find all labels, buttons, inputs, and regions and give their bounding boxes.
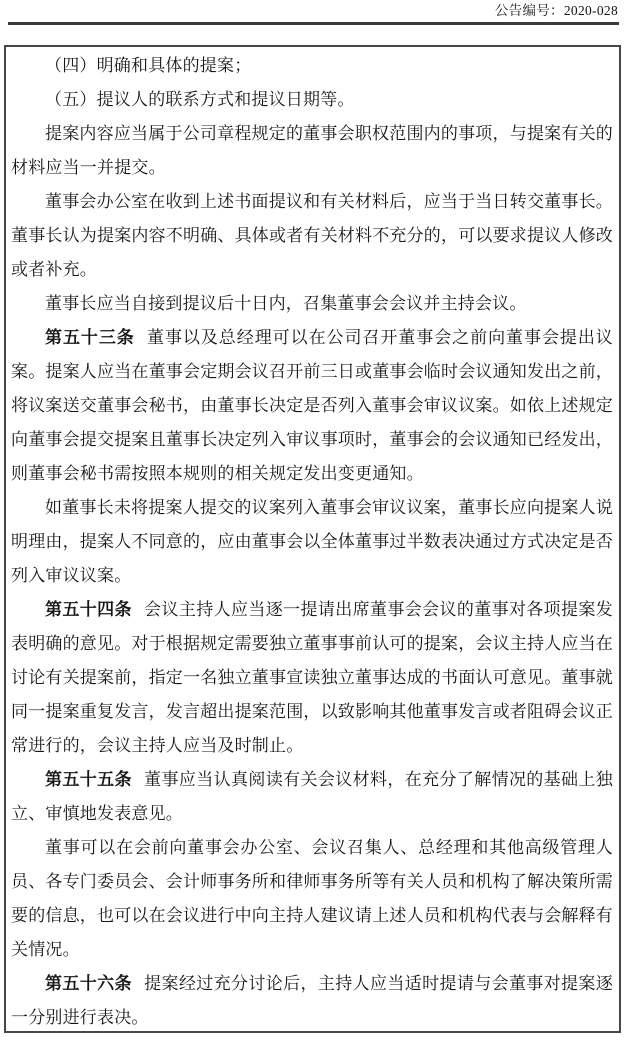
announcement-number: 公告编号：2020-028 <box>495 3 618 18</box>
paragraph: 董事可以在会前向董事会办公室、会议召集人、总经理和其他高级管理人员、各专门委员会… <box>11 831 613 967</box>
paragraph-text: 董事长应当自接到提议后十日内，召集董事会会议并主持会议。 <box>45 294 527 313</box>
paragraph-text: 董事以及总经理可以在公司召开董事会之前向董事会提出议案。提案人应当在董事会定期会… <box>11 328 613 483</box>
paragraph-text: 如董事长未将提案人提交的议案列入董事会审议议案，董事长应向提案人说明理由，提案人… <box>11 498 613 585</box>
paragraph: 第五十四条会议主持人应当逐一提请出席董事会会议的董事对各项提案发表明确的意见。对… <box>11 593 613 763</box>
paragraph: 董事长应当自接到提议后十日内，召集董事会会议并主持会议。 <box>11 287 613 321</box>
paragraph-text: 董事会办公室在收到上述书面提议和有关材料后，应当于当日转交董事长。董事长认为提案… <box>11 192 613 279</box>
paragraph: （五）提议人的联系方式和提议日期等。 <box>11 83 613 117</box>
article-number: 第五十四条 <box>45 600 132 619</box>
paragraph: （四）明确和具体的提案； <box>11 49 613 83</box>
document-body-frame: （四）明确和具体的提案； （五）提议人的联系方式和提议日期等。 提案内容应当属于… <box>4 45 621 1033</box>
paragraph-text: （五）提议人的联系方式和提议日期等。 <box>45 90 355 109</box>
article-number: 第五十六条 <box>45 974 132 993</box>
paragraph-text: （四）明确和具体的提案； <box>45 56 251 75</box>
page-header: 公告编号：2020-028 <box>0 0 626 19</box>
paragraph: 提案内容应当属于公司章程规定的董事会职权范围内的事项，与提案有关的材料应当一并提… <box>11 117 613 185</box>
paragraph-text: 会议主持人应当逐一提请出席董事会会议的董事对各项提案发表明确的意见。对于根据规定… <box>11 600 613 755</box>
document-page: 公告编号：2020-028 （四）明确和具体的提案； （五）提议人的联系方式和提… <box>0 0 626 1033</box>
paragraph-text: 提案内容应当属于公司章程规定的董事会职权范围内的事项，与提案有关的材料应当一并提… <box>11 124 613 177</box>
paragraph: 第五十三条董事以及总经理可以在公司召开董事会之前向董事会提出议案。提案人应当在董… <box>11 321 613 491</box>
paragraph-text: 董事可以在会前向董事会办公室、会议召集人、总经理和其他高级管理人员、各专门委员会… <box>11 838 613 959</box>
article-number: 第五十五条 <box>45 770 132 789</box>
paragraph: 董事会办公室在收到上述书面提议和有关材料后，应当于当日转交董事长。董事长认为提案… <box>11 185 613 287</box>
header-divider <box>8 22 619 25</box>
paragraph: 第五十五条董事应当认真阅读有关会议材料，在充分了解情况的基础上独立、审慎地发表意… <box>11 763 613 831</box>
article-number: 第五十三条 <box>45 328 135 347</box>
paragraph: 第五十六条提案经过充分讨论后，主持人应当适时提请与会董事对提案逐一分别进行表决。 <box>11 967 613 1033</box>
paragraph: 如董事长未将提案人提交的议案列入董事会审议议案，董事长应向提案人说明理由，提案人… <box>11 491 613 593</box>
